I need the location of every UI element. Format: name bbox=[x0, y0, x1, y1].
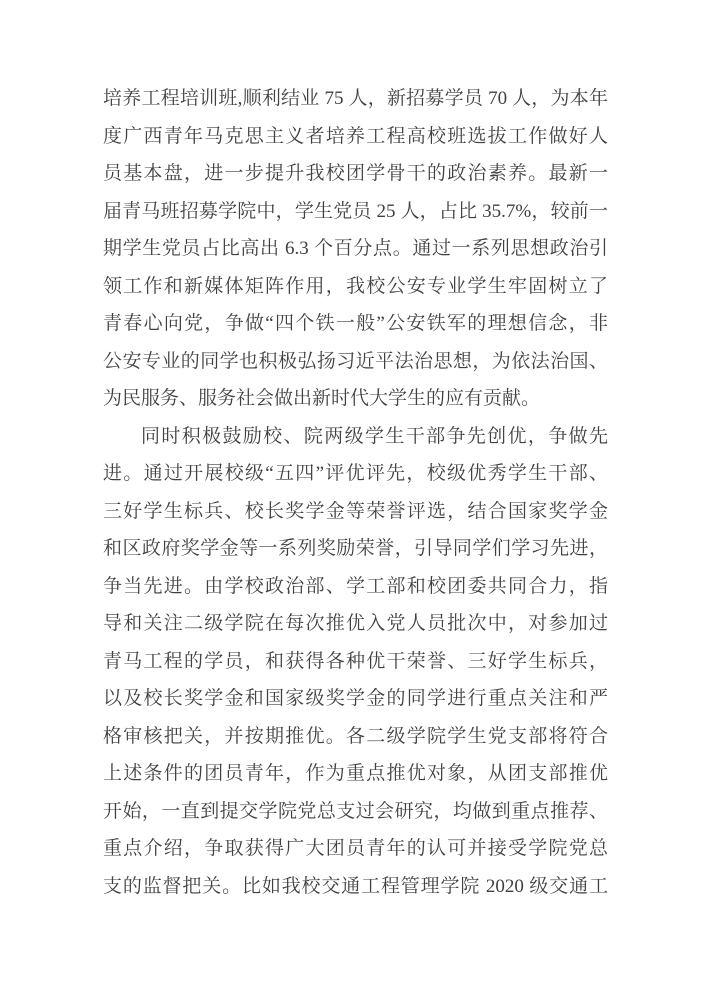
text-line: 三好学生标兵、校长奖学金等荣誉评选，结合国家奖学金 bbox=[103, 493, 608, 531]
text-line: 以及校长奖学金和国家级奖学金的同学进行重点关注和严 bbox=[103, 680, 608, 718]
text-line: 上述条件的团员青年，作为重点推优对象，从团支部推优 bbox=[103, 755, 608, 793]
text-line: 同时积极鼓励校、院两级学生干部争先创优，争做先 bbox=[103, 418, 608, 456]
text-line: 领工作和新媒体矩阵作用，我校公安专业学生牢固树立了 bbox=[103, 268, 608, 306]
text-line: 培养工程培训班,顺利结业 75 人，新招募学员 70 人，为本年 bbox=[103, 80, 608, 118]
paragraph-2: 同时积极鼓励校、院两级学生干部争先创优，争做先 进。通过开展校级“五四”评优评先… bbox=[103, 418, 608, 906]
paragraph-1: 培养工程培训班,顺利结业 75 人，新招募学员 70 人，为本年 度广西青年马克… bbox=[103, 80, 608, 418]
text-line: 期学生党员占比高出 6.3 个百分点。通过一系列思想政治引 bbox=[103, 230, 608, 268]
text-line: 公安专业的同学也积极弘扬习近平法治思想，为依法治国、 bbox=[103, 343, 608, 381]
text-line: 度广西青年马克思主义者培养工程高校班选拔工作做好人 bbox=[103, 118, 608, 156]
text-line: 进。通过开展校级“五四”评优评先，校级优秀学生干部、 bbox=[103, 455, 608, 493]
text-line: 支的监督把关。比如我校交通工程管理学院 2020 级交通工 bbox=[103, 868, 608, 906]
text-line: 开始，一直到提交学院党总支过会研究，均做到重点推荐、 bbox=[103, 793, 608, 831]
document-page: 培养工程培训班,顺利结业 75 人，新招募学员 70 人，为本年 度广西青年马克… bbox=[0, 0, 711, 1000]
text-line: 格审核把关，并按期推优。各二级学院学生党支部将符合 bbox=[103, 718, 608, 756]
text-line: 争当先进。由学校政治部、学工部和校团委共同合力，指 bbox=[103, 568, 608, 606]
text-line: 为民服务、服务社会做出新时代大学生的应有贡献。 bbox=[103, 380, 608, 418]
text-line: 届青马班招募学院中，学生党员 25 人，占比 35.7%，较前一 bbox=[103, 193, 608, 231]
text-line: 和区政府奖学金等一系列奖励荣誉，引导同学们学习先进， bbox=[103, 530, 608, 568]
text-line: 青马工程的学员，和获得各种优干荣誉、三好学生标兵， bbox=[103, 643, 608, 681]
text-line: 重点介绍，争取获得广大团员青年的认可并接受学院党总 bbox=[103, 830, 608, 868]
text-line: 员基本盘，进一步提升我校团学骨干的政治素养。最新一 bbox=[103, 155, 608, 193]
text-line: 青春心向党，争做“四个铁一般”公安铁军的理想信念，非 bbox=[103, 305, 608, 343]
text-line: 导和关注二级学院在每次推优入党人员批次中，对参加过 bbox=[103, 605, 608, 643]
